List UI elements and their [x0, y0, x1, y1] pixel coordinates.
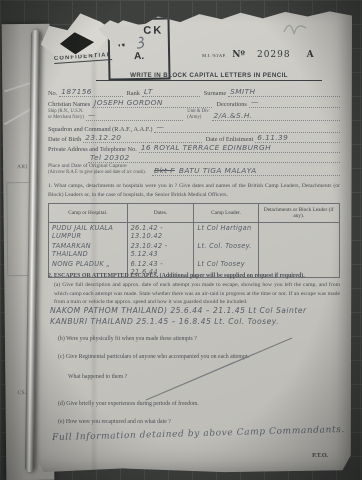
camps-table-body: PUDU JAIL KUALA LUMPUR26.1.42 - 13.10.42…: [49, 223, 340, 278]
question-1: 1. What camps, detachments or hospitals …: [48, 182, 340, 199]
camps-table-header: Camp or Hospital.: [49, 204, 128, 223]
camps-table-header: Dates.: [127, 204, 194, 223]
camps-table-header: Detachments or Block Leader (if any).: [258, 204, 340, 223]
address-label: Private Address and Telephone No.: [48, 146, 137, 153]
table-row: TAMARKAN THAILAND23.10.42 - 5.12.43Lt. C…: [49, 241, 340, 259]
christian-names-label: Christian Names: [48, 101, 90, 108]
question-2b: (b) Were you physically fit when you mad…: [58, 336, 332, 342]
unit-label-line1: Unit & Div.: [187, 109, 209, 115]
dob-value: 23.12.20: [83, 133, 201, 143]
question-2c: (c) Give Regimental particulars of anyon…: [58, 354, 332, 360]
questionnaire-page: CONFIDENTIAL BLOCK Nº A. 3 M.I. 9/JAP. N…: [34, 10, 352, 474]
ship-value: —: [86, 111, 183, 121]
handwritten-note: Full Information detained by above Camp …: [52, 425, 345, 443]
section-2-heading: 2. ESCAPES OR ATTEMPTED ESCAPES. (Additi…: [48, 272, 340, 281]
rank-label: Rank: [127, 90, 140, 97]
field-row: Private Address and Telephone No. 16 ROY…: [48, 143, 340, 153]
address-value: 16 ROYAL TERRACE EDINBURGH: [139, 143, 340, 153]
camps-table: Camp or Hospital.Dates.Camp Leader.Detac…: [48, 203, 340, 278]
mi9-label: M.I. 9/JAP.: [202, 53, 226, 58]
cell-dates: 23.10.42 - 5.12.43: [127, 241, 194, 259]
cell-dates: 26.1.42 - 13.10.42: [127, 223, 194, 242]
handwritten-camp-entry: KANBURI THAILAND 25.1.45 – 16.8.45 Lt. C…: [50, 317, 279, 326]
enlistment-label: Date of Enlistment: [206, 136, 254, 143]
capture-value: Bkt FBATU TIGA MALAYA: [152, 166, 340, 176]
rank-value: LT: [142, 87, 200, 97]
field-row: Squadron and Command (R.A.F., A.A.F.) —: [48, 123, 340, 133]
christian-names-value: JOSEPH GORDON: [92, 98, 212, 108]
underpage-text-fragment: AR): [17, 164, 27, 170]
ship-label-line1: Ship (R.N., U.S.N.: [48, 109, 84, 115]
decorations-value: —: [249, 98, 340, 108]
question-2a: (a) Give full description and approx. da…: [54, 281, 340, 307]
question-2e: (e) How were you recaptured and on what …: [58, 419, 332, 425]
surname-value: SMITH: [228, 87, 340, 97]
cell-camp: TAMARKAN THAILAND: [49, 241, 128, 259]
capture-label: Place and Date of Original Capture(Aircr…: [48, 163, 150, 176]
pencil-scribble: [284, 25, 306, 34]
ship-label: Ship (R.N., U.S.N.or Merchant Navy): [48, 109, 84, 121]
question-2c-followup: What happened to them ?: [68, 374, 332, 380]
no-label: No.: [48, 90, 57, 97]
camps-table-header-row: Camp or Hospital.Dates.Camp Leader.Detac…: [49, 204, 340, 223]
ref-no-sign: Nº: [232, 50, 245, 60]
enlistment-value: 6.11.39: [255, 133, 340, 143]
camps-table-header: Camp Leader.: [194, 204, 258, 223]
ship-label-line2: or Merchant Navy): [48, 115, 84, 121]
cell-leader: Lt. Col. Toosey.: [194, 241, 258, 259]
surname-label: Surname: [204, 90, 226, 97]
unit-value: 2/A.&S.H.: [212, 111, 340, 121]
no-value: 187156: [59, 87, 122, 97]
cell-block: [258, 241, 340, 259]
field-row: Date of Birth 23.12.20 Date of Enlistmen…: [48, 133, 340, 143]
ref-suffix: A: [307, 50, 314, 60]
capture-struck-text: Bkt F: [154, 166, 175, 175]
dob-label: Date of Birth: [48, 136, 81, 143]
field-row: Christian Names JOSEPH GORDON Decoration…: [48, 98, 340, 108]
block-capitals-instruction: WRITE IN BLOCK CAPITAL LETTERS IN PENCIL: [96, 72, 322, 81]
unit-label-line2: (Army): [187, 115, 209, 121]
capture-label-sub: (Aircrew R.A.F. to give place and date o…: [48, 170, 150, 176]
capture-label-main: Place and Date of Original Capture: [48, 163, 150, 170]
table-row: PUDU JAIL KUALA LUMPUR26.1.42 - 13.10.42…: [49, 223, 340, 242]
handwritten-camp-entry: NAKOM PATHOM THAILAND) 25.6.44 – 21.1.45…: [50, 306, 307, 315]
cell-leader: Lt Col Hartigan: [194, 223, 258, 242]
photo-of-document: AR) ? CS. CONFIDENTIAL BLOCK Nº A. 3 M.I…: [0, 0, 362, 480]
field-row: Place and Date of Original Capture(Aircr…: [48, 162, 340, 176]
unit-label: Unit & Div.(Army): [187, 109, 209, 121]
squadron-value: —: [154, 123, 340, 133]
reference-number-line: M.I. 9/JAP. Nº 20298 A: [202, 50, 348, 60]
pto-label: P.T.O.: [312, 453, 328, 459]
field-row: No. 187156 Rank LT Surname SMITH: [48, 87, 340, 97]
field-row: Ship (R.N., U.S.N.or Merchant Navy) — Un…: [48, 109, 340, 121]
squadron-label: Squadron and Command (R.A.F., A.A.F.): [48, 126, 152, 133]
cell-block: [258, 223, 340, 242]
question-2d: (d) Give briefly your experiences during…: [58, 401, 332, 407]
capture-place-value: BATU TIGA MALAYA: [179, 166, 257, 175]
ref-number: 20298: [257, 50, 291, 60]
cell-camp: PUDU JAIL KUALA LUMPUR: [49, 223, 128, 242]
decorations-label: Decorations: [216, 101, 246, 108]
